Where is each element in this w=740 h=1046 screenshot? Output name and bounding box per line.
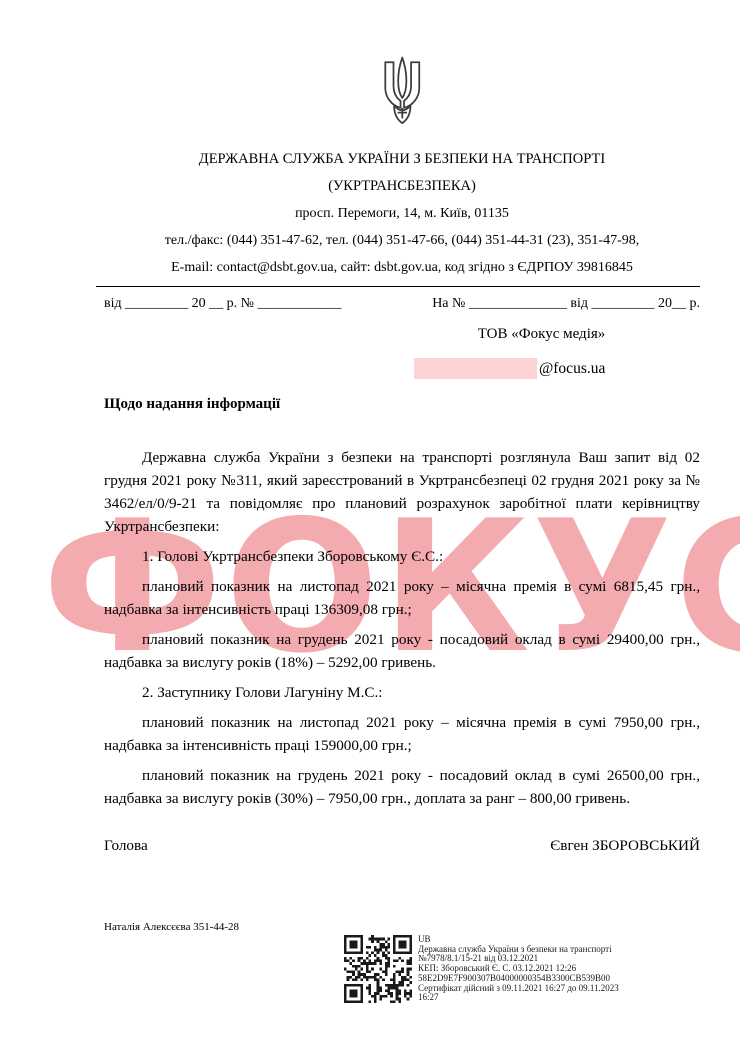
paragraph-item1-december: плановий показник на грудень 2021 року -…: [104, 628, 700, 674]
stamp-text: UB Державна служба України з безпеки на …: [418, 935, 700, 1003]
signer-position: Голова: [104, 837, 148, 855]
header-divider: [96, 286, 700, 287]
letter-body: Державна служба України з безпеки на тра…: [104, 446, 700, 810]
signer-name: Євген ЗБОРОВСЬКИЙ: [550, 837, 700, 855]
executor-line: Наталія Алексєєва 351-44-28: [104, 921, 700, 933]
signature-row: Голова Євген ЗБОРОВСЬКИЙ: [104, 837, 700, 855]
recipient-email-row: @focus.ua: [414, 358, 714, 379]
paragraph-item1-november: плановий показник на листопад 2021 року …: [104, 575, 700, 621]
redacted-email-box: [414, 358, 537, 379]
ukraine-trident-icon: [373, 54, 432, 136]
stamp-line: Сертифікат дійсний з 09.11.2021 16:27 до…: [418, 984, 700, 994]
qr-code: [344, 935, 412, 1003]
org-address: просп. Перемоги, 14, м. Київ, 01135: [104, 200, 700, 227]
paragraph-item2-title: 2. Заступнику Голови Лагуніну М.С.:: [104, 681, 700, 704]
recipient-block: ТОВ «Фокус медія» @focus.ua: [414, 326, 714, 379]
reference-right: На № ______________ від _________ 20__ р…: [432, 296, 700, 312]
org-name: ДЕРЖАВНА СЛУЖБА УКРАЇНИ З БЕЗПЕКИ НА ТРА…: [104, 146, 700, 200]
org-name-line1: ДЕРЖАВНА СЛУЖБА УКРАЇНИ З БЕЗПЕКИ НА ТРА…: [104, 146, 700, 173]
org-email-line: E-mail: contact@dsbt.gov.ua, сайт: dsbt.…: [104, 254, 700, 281]
stamp-line: 16:27: [418, 993, 700, 1003]
org-contacts: просп. Перемоги, 14, м. Київ, 01135 тел.…: [104, 200, 700, 281]
letter-page: ФОКУС ДЕРЖАВНА СЛУЖБА УКРАЇНИ З БЕЗПЕКИ …: [0, 0, 740, 1046]
paragraph-item2-december: плановий показник на грудень 2021 року -…: [104, 764, 700, 810]
paragraph-item2-november: плановий показник на листопад 2021 року …: [104, 711, 700, 757]
recipient-name: ТОВ «Фокус медія»: [414, 326, 669, 343]
digital-signature-stamp: UB Державна служба України з безпеки на …: [344, 935, 700, 1003]
org-name-line2: (УКРТРАНСБЕЗПЕКА): [104, 173, 700, 200]
org-phones: тел./факс: (044) 351-47-62, тел. (044) 3…: [104, 227, 700, 254]
reference-left: від _________ 20 __ р. № ____________: [104, 296, 341, 312]
subject-line: Щодо надання інформації: [104, 396, 700, 413]
recipient-email-suffix: @focus.ua: [539, 360, 605, 378]
reference-line: від _________ 20 __ р. № ____________ На…: [104, 296, 700, 312]
paragraph-item1-title: 1. Голові Укртрансбезпеки Зборовському Є…: [104, 545, 700, 568]
paragraph-intro: Державна служба України з безпеки на тра…: [104, 446, 700, 538]
